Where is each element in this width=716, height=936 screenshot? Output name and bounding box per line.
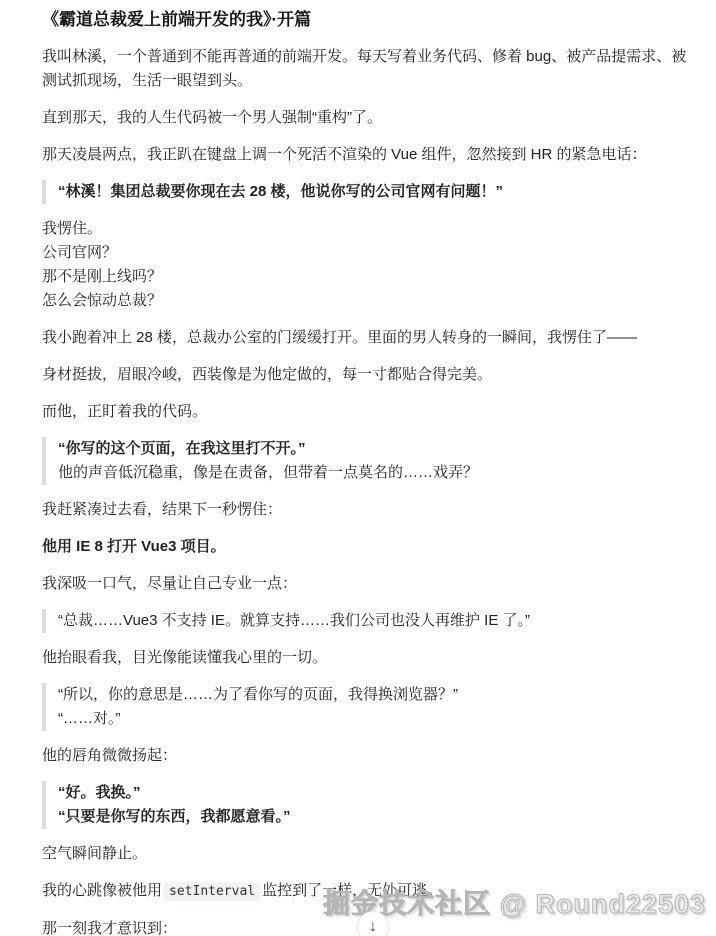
story-paragraph: 直到那天，我的人生代码被一个男人强制“重构”了。: [42, 106, 690, 130]
article-body: 我叫林溪，一个普通到不能再普通的前端开发。每天写着业务代码、修着 bug、被产品…: [42, 45, 690, 936]
text-span: 我深吸一口气，尽量让自己专业一点：: [42, 575, 297, 592]
text-span: 我小跑着冲上 28 楼，总裁办公室的门缓缓打开。里面的男人转身的一瞬间，我愣住了…: [42, 329, 637, 346]
text-span: 他的唇角微微扬起：: [42, 747, 177, 764]
bold-text: “好。我换。”: [58, 784, 141, 801]
text-span: 我愣住。: [42, 220, 102, 237]
story-paragraph: 我的心跳像被他用setInterval监控到了一样，无处可逃。: [42, 879, 690, 904]
article: 《霸道总裁爱上前端开发的我》·开篇 我叫林溪，一个普通到不能再普通的前端开发。每…: [0, 0, 716, 936]
text-span: 空气瞬间静止。: [42, 845, 147, 862]
dialogue-quote: “你写的这个页面，在我这里打不开。”他的声音低沉稳重，像是在责备，但带着一点莫名…: [42, 437, 690, 485]
bold-text: “只要是你写的东西，我都愿意看。”: [58, 808, 291, 825]
dialogue-quote: “总裁……Vue3 不支持 IE。就算支持……我们公司也没人再维护 IE 了。”: [42, 609, 690, 633]
text-span: 那一刻我才意识到：: [42, 920, 177, 936]
text-span: 直到那天，我的人生代码被一个男人强制“重构”了。: [42, 109, 382, 126]
text-span: “所以，你的意思是……为了看你写的页面，我得换浏览器？”: [58, 686, 458, 703]
bold-text: 他用 IE 8 打开 Vue3 项目。: [42, 538, 226, 555]
story-paragraph: 空气瞬间静止。: [42, 842, 690, 866]
story-paragraph: 我愣住。公司官网？那不是刚上线吗？怎么会惊动总裁？: [42, 217, 690, 313]
text-span: 那不是刚上线吗？: [42, 268, 162, 285]
story-paragraph: 而他，正盯着我的代码。: [42, 400, 690, 424]
text-span: 监控到了一样，无处可逃。: [262, 882, 442, 899]
bold-text: “林溪！集团总裁要你现在去 28 楼，他说你写的公司官网有问题！”: [58, 183, 503, 200]
text-span: 他抬眼看我，目光像能读懂我心里的一切。: [42, 649, 327, 666]
text-span: 他的声音低沉稳重，像是在责备，但带着一点莫名的……戏弄？: [58, 464, 478, 481]
story-paragraph: 我深吸一口气，尽量让自己专业一点：: [42, 572, 690, 596]
dialogue-quote: “所以，你的意思是……为了看你写的页面，我得换浏览器？”“……对。”: [42, 683, 690, 731]
text-span: 身材挺拔，眉眼冷峻，西装像是为他定做的，每一寸都贴合得完美。: [42, 366, 492, 383]
text-span: 而他，正盯着我的代码。: [42, 403, 207, 420]
text-span: “……对。”: [58, 710, 121, 727]
arrow-down-icon: ↓: [369, 918, 377, 936]
story-paragraph: 身材挺拔，眉眼冷峻，西装像是为他定做的，每一寸都贴合得完美。: [42, 363, 690, 387]
story-paragraph: 他的唇角微微扬起：: [42, 744, 690, 768]
story-paragraph: 他用 IE 8 打开 Vue3 项目。: [42, 535, 690, 559]
bold-text: “你写的这个页面，在我这里打不开。”: [58, 440, 306, 457]
story-paragraph: 我赶紧凑过去看，结果下一秒愣住：: [42, 498, 690, 522]
scroll-down-button[interactable]: ↓: [357, 911, 389, 936]
text-span: 怎么会惊动总裁？: [42, 292, 162, 309]
dialogue-quote: “林溪！集团总裁要你现在去 28 楼，他说你写的公司官网有问题！”: [42, 180, 690, 204]
page-title: 《霸道总裁爱上前端开发的我》·开篇: [42, 8, 690, 32]
text-span: “总裁……Vue3 不支持 IE。就算支持……我们公司也没人再维护 IE 了。”: [58, 612, 530, 629]
story-paragraph: 他抬眼看我，目光像能读懂我心里的一切。: [42, 646, 690, 670]
text-span: 公司官网？: [42, 244, 117, 261]
story-paragraph: 我小跑着冲上 28 楼，总裁办公室的门缓缓打开。里面的男人转身的一瞬间，我愣住了…: [42, 326, 690, 350]
story-paragraph: 那天凌晨两点，我正趴在键盘上调一个死活不渲染的 Vue 组件，忽然接到 HR 的…: [42, 143, 690, 167]
story-paragraph: 我叫林溪，一个普通到不能再普通的前端开发。每天写着业务代码、修着 bug、被产品…: [42, 45, 690, 93]
text-span: 我叫林溪，一个普通到不能再普通的前端开发。每天写着业务代码、修着 bug、被产品…: [42, 48, 686, 89]
text-span: 那天凌晨两点，我正趴在键盘上调一个死活不渲染的 Vue 组件，忽然接到 HR 的…: [42, 146, 646, 163]
text-span: 我赶紧凑过去看，结果下一秒愣住：: [42, 501, 282, 518]
inline-code: setInterval: [164, 882, 260, 901]
text-span: 我的心跳像被他用: [42, 882, 162, 899]
dialogue-quote: “好。我换。”“只要是你写的东西，我都愿意看。”: [42, 781, 690, 829]
